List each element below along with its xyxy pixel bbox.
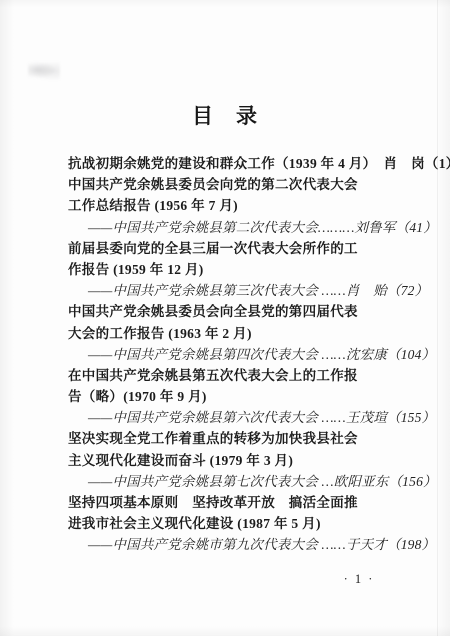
toc-line: 坚持四项基本原则 坚持改革开放 搞活全面推 [68, 492, 420, 513]
toc-line: 前届县委向党的全县三届一次代表大会所作的工 [68, 238, 420, 259]
toc-attribution-line: ——中国共产党余姚市第九次代表大会 ……于天才（198） [68, 534, 420, 555]
toc-attribution-line: ——中国共产党余姚县第四次代表大会 ……沈宏康（104） [68, 344, 420, 365]
toc-line: 抗战初期余姚党的建设和群众工作（1939 年 4 月） 肖 岗（1） [68, 153, 420, 174]
toc-line: 中国共产党余姚县委员会向全县党的第四届代表 [68, 301, 420, 322]
toc-line: 在中国共产党余姚县第五次代表大会上的工作报 [68, 365, 420, 386]
toc-line: 中国共产党余姚县委员会向党的第二次代表大会 [68, 174, 420, 195]
page-number: · 1 · [327, 571, 391, 587]
scan-smudge-mark [28, 60, 60, 80]
toc-line: 主义现代化建设而奋斗 (1979 年 3 月) [68, 450, 420, 471]
toc-line: 进我市社会主义现代化建设 (1987 年 5 月) [68, 513, 420, 534]
toc-line: 作报告 (1959 年 12 月) [68, 259, 420, 280]
page-edge-line [437, 0, 438, 636]
toc-page: 目 录 抗战初期余姚党的建设和群众工作（1939 年 4 月） 肖 岗（1） 中… [0, 0, 450, 636]
toc-list: 抗战初期余姚党的建设和群众工作（1939 年 4 月） 肖 岗（1） 中国共产党… [68, 153, 420, 556]
toc-attribution-line: ——中国共产党余姚县第六次代表大会 ……王茂瑄（155） [68, 407, 420, 428]
toc-attribution-line: ——中国共产党余姚县第三次代表大会 ……肖 贻（72） [68, 280, 420, 301]
toc-attribution-line: ——中国共产党余姚县第七次代表大会 …欧阳亚东（156） [68, 471, 420, 492]
toc-line: 告（略）(1970 年 9 月) [68, 386, 420, 407]
toc-line: 大会的工作报告 (1963 年 2 月) [68, 323, 420, 344]
toc-attribution-line: ——中国共产党余姚县第二次代表大会………刘鲁军（41） [68, 217, 420, 238]
page-title: 目 录 [0, 100, 450, 130]
toc-line: 坚决实现全党工作着重点的转移为加快我县社会 [68, 428, 420, 449]
toc-line: 工作总结报告 (1956 年 7 月) [68, 195, 420, 216]
